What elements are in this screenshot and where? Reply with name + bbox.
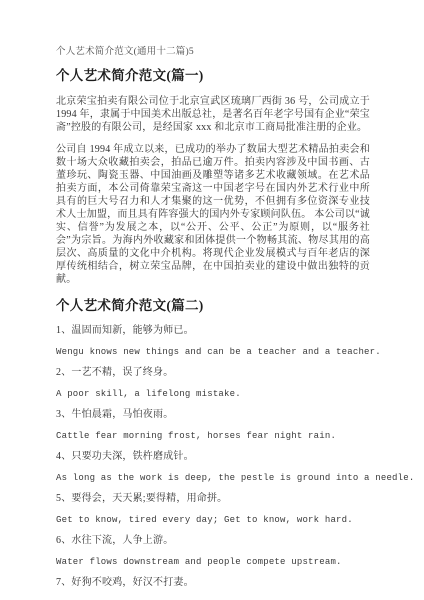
- document-meta-title: 个人艺术简介范文(通用十二篇)5: [56, 46, 370, 58]
- proverb-zh: 7、好狗不咬鸡，好汉不打妻。: [56, 577, 370, 589]
- proverb-en: Water flows downstream and people compet…: [56, 556, 370, 568]
- section-1-paragraph-1: 北京荣宝拍卖有限公司位于北京宣武区琉璃厂西街 36 号，公司成立于 1994 年…: [56, 95, 370, 134]
- proverb-item: 4、只要功夫深，铁杵磨成针。 As long as the work is de…: [56, 451, 370, 484]
- proverb-item: 3、牛怕晨霜，马怕夜雨。 Cattle fear morning frost, …: [56, 409, 370, 442]
- proverb-zh: 2、一艺不精，误了终身。: [56, 367, 370, 379]
- proverb-zh: 5、要得会，天天累;要得精，用命拼。: [56, 493, 370, 505]
- proverb-item: 6、水往下流，人争上游。 Water flows downstream and …: [56, 535, 370, 568]
- proverb-zh: 4、只要功夫深，铁杵磨成针。: [56, 451, 370, 463]
- document-page: 个人艺术简介范文(通用十二篇)5 个人艺术简介范文(篇一) 北京荣宝拍卖有限公司…: [0, 0, 424, 600]
- proverb-item: 2、一艺不精，误了终身。 A poor skill, a lifelong mi…: [56, 367, 370, 400]
- proverb-item: 7、好狗不咬鸡，好汉不打妻。: [56, 577, 370, 589]
- section-1-heading: 个人艺术简介范文(篇一): [56, 67, 370, 84]
- proverb-zh: 6、水往下流，人争上游。: [56, 535, 370, 547]
- proverb-item: 5、要得会，天天累;要得精，用命拼。 Get to know, tired ev…: [56, 493, 370, 526]
- proverb-en: Cattle fear morning frost, horses fear n…: [56, 430, 370, 442]
- proverb-en: Wengu knows new things and can be a teac…: [56, 346, 370, 358]
- section-1-paragraph-2: 公司自 1994 年成立以来，已成功的举办了数届大型艺术精品拍卖会和数十场大众收…: [56, 143, 370, 286]
- proverb-en: Get to know, tired every day; Get to kno…: [56, 514, 370, 526]
- proverb-item: 1、温固而知新，能够为师已。 Wengu knows new things an…: [56, 325, 370, 358]
- section-2-heading: 个人艺术简介范文(篇二): [56, 297, 370, 314]
- proverb-en: A poor skill, a lifelong mistake.: [56, 388, 370, 400]
- proverb-en: As long as the work is deep, the pestle …: [56, 472, 370, 484]
- proverb-zh: 1、温固而知新，能够为师已。: [56, 325, 370, 337]
- proverb-zh: 3、牛怕晨霜，马怕夜雨。: [56, 409, 370, 421]
